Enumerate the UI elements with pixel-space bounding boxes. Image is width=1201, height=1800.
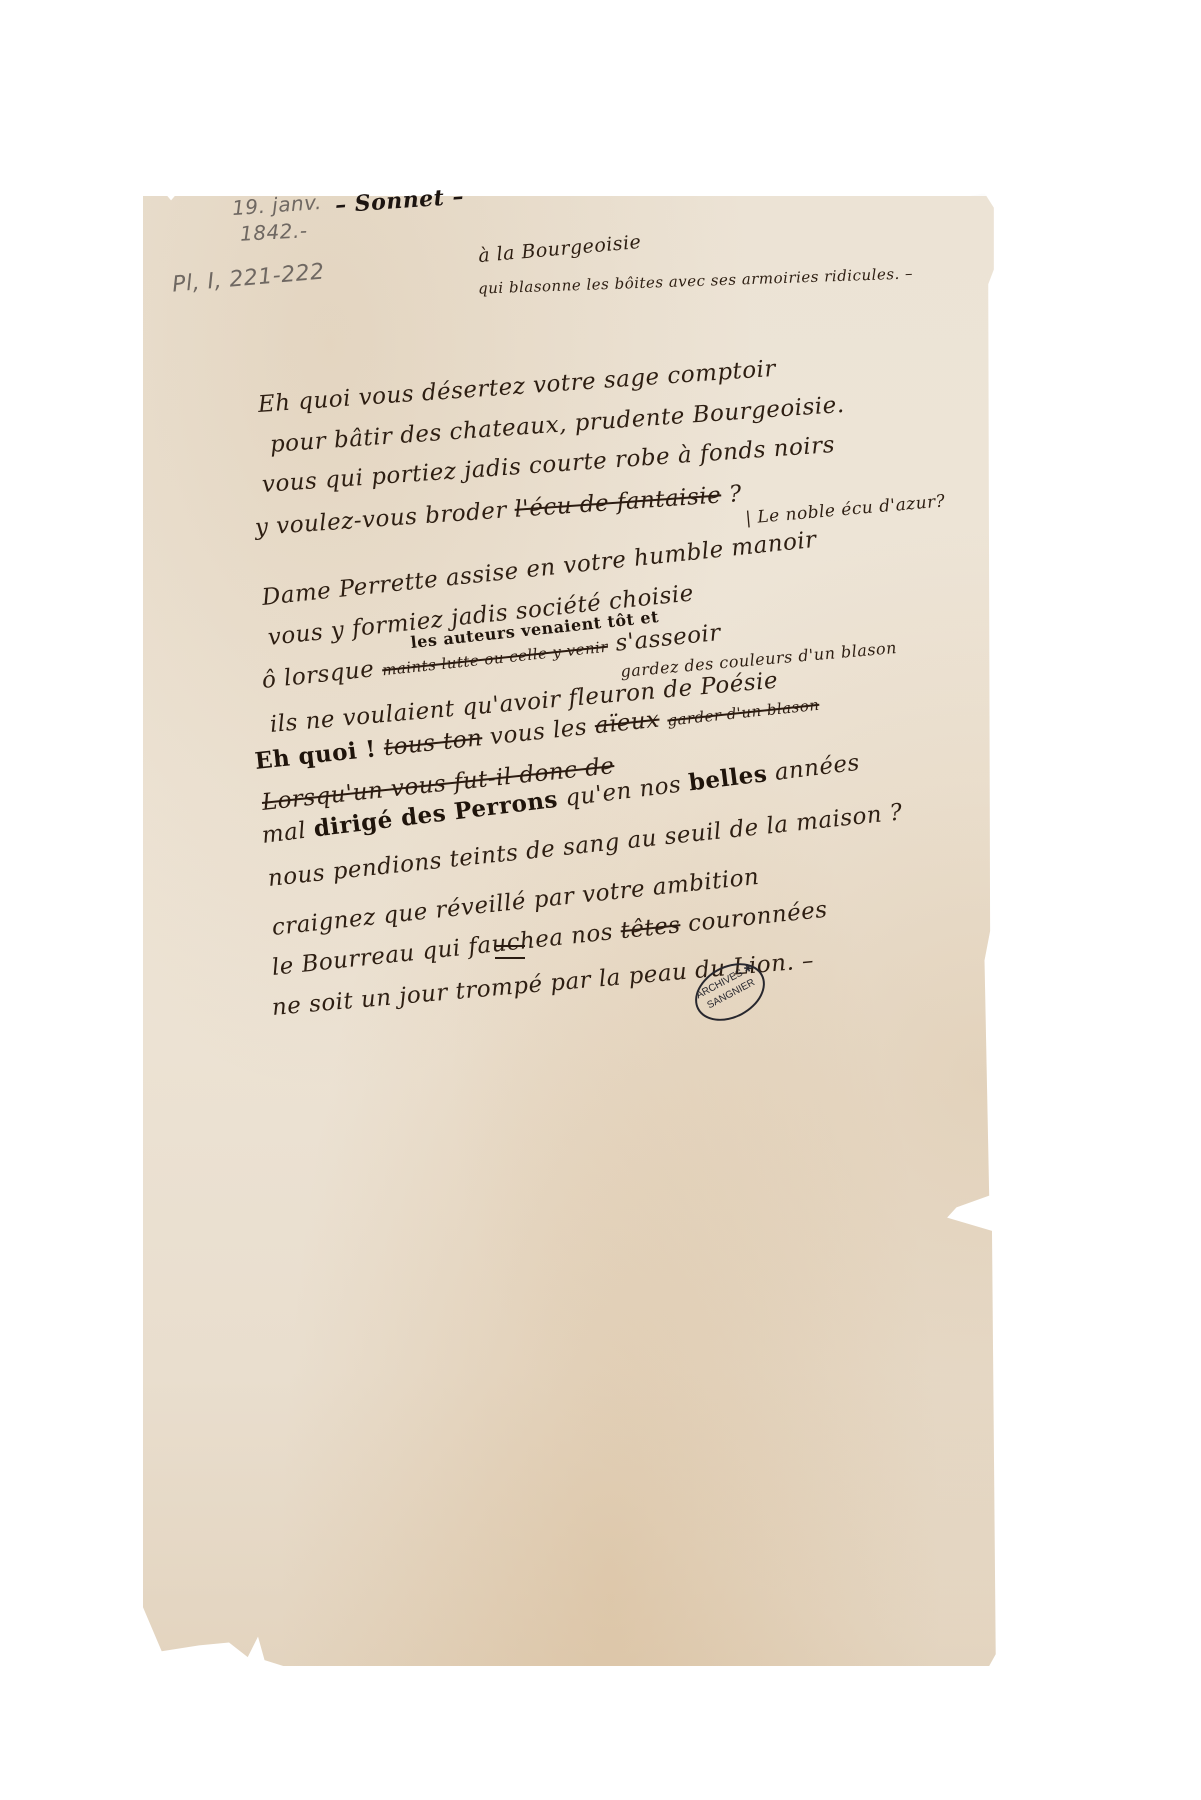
verse-text: ? <box>728 481 743 508</box>
end-mark <box>495 945 525 959</box>
date-year: 1842.- <box>239 218 308 245</box>
verse-text: mal <box>260 818 307 849</box>
verse-text: ô <box>261 667 278 694</box>
